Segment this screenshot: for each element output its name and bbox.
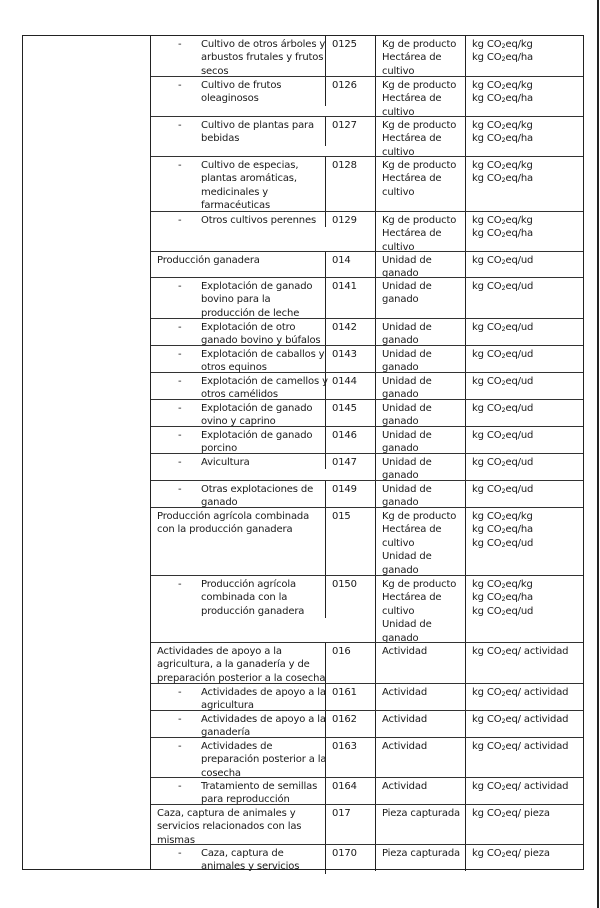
cell-line: Unidad de xyxy=(382,280,465,293)
cell-line: Producción agrícola combinada xyxy=(157,510,321,523)
cell-line: kg CO2eq/ actividad xyxy=(472,713,583,726)
factor-cell: kg CO2eq/ actividad xyxy=(466,643,583,683)
cell-line: Unidad de xyxy=(382,375,465,388)
code-cell: 017 xyxy=(326,805,376,844)
cell-line: Kg de producto xyxy=(382,119,465,132)
cell-line: Actividades de xyxy=(201,740,321,753)
table-row-0125: -Cultivo de otros árboles yarbustos frut… xyxy=(151,36,583,76)
cell-line: kg CO2eq/ actividad xyxy=(472,780,583,793)
dash-bullet-icon: - xyxy=(178,847,181,860)
cell-line: animales y servicios xyxy=(201,860,321,873)
unit-cell: Actividad xyxy=(376,738,466,777)
activity-name-cell: -Avicultura xyxy=(151,454,326,469)
table-row-0163: -Actividades depreparación posterior a l… xyxy=(151,737,583,777)
table-row-0150: -Producción agrícolacombinada con laprod… xyxy=(151,575,583,642)
cell-line: kg CO2eq/kg xyxy=(472,38,583,51)
dash-bullet-icon: - xyxy=(178,713,181,726)
table-row-0170: -Caza, captura deanimales y servicios 01… xyxy=(151,844,583,871)
cell-line: Unidad de xyxy=(382,618,465,631)
cell-line: kg CO2eq/kg xyxy=(472,214,583,227)
factor-cell: kg CO2eq/ud xyxy=(466,373,583,399)
factor-cell: kg CO2eq/ud xyxy=(466,427,583,453)
cell-line: Unidad de xyxy=(382,550,465,563)
cell-line: Cultivo de especias, xyxy=(201,159,321,172)
cell-line: kg CO2eq/ud xyxy=(472,280,583,293)
cell-line: kg CO2eq/ud xyxy=(472,605,583,618)
code-cell: 0125 xyxy=(326,36,376,76)
cell-line: Unidad de xyxy=(382,402,465,415)
cell-line: kg CO2eq/ud xyxy=(472,429,583,442)
cell-line: kg CO2eq/ud xyxy=(472,348,583,361)
cell-line: Actividades de apoyo a la xyxy=(201,713,321,726)
cell-line: Explotación de otro xyxy=(201,321,321,334)
cell-line: Pieza capturada xyxy=(382,807,465,820)
cell-line: Actividad xyxy=(382,780,465,793)
unit-cell: Unidad deganado xyxy=(376,454,466,480)
dash-bullet-icon: - xyxy=(178,402,181,415)
cell-line: Cultivo de otros árboles y xyxy=(201,38,321,51)
cell-line: ganado xyxy=(382,293,465,306)
factor-cell: kg CO2eq/ actividad xyxy=(466,711,583,737)
dash-bullet-icon: - xyxy=(178,119,181,132)
factor-cell: kg CO2eq/ud xyxy=(466,278,583,318)
factor-cell: kg CO2eq/kgkg CO2eq/ha xyxy=(466,212,583,251)
unit-cell: Kg de productoHectárea decultivoUnidad d… xyxy=(376,508,466,575)
cell-line: kg CO2eq/ha xyxy=(472,51,583,64)
factor-cell: kg CO2eq/ actividad xyxy=(466,738,583,777)
factor-cell: kg CO2eq/ud xyxy=(466,481,583,507)
code-cell: 016 xyxy=(326,643,376,683)
code-cell: 0163 xyxy=(326,738,376,777)
code-cell: 0126 xyxy=(326,77,376,116)
unit-cell: Kg de productoHectárea decultivo xyxy=(376,157,466,211)
activity-name-cell: -Cultivo de frutosoleaginosos xyxy=(151,77,326,106)
activity-name-cell: -Actividades depreparación posterior a l… xyxy=(151,738,326,780)
cell-line: Tratamiento de semillas xyxy=(201,780,321,793)
table-row-0162: -Actividades de apoyo a laganadería 0162… xyxy=(151,710,583,737)
dash-bullet-icon: - xyxy=(178,686,181,699)
table-row-0164: -Tratamiento de semillaspara reproducció… xyxy=(151,777,583,804)
activity-name-cell: -Cultivo de otros árboles yarbustos frut… xyxy=(151,36,326,78)
table-row-0161: -Actividades de apoyo a laagricultura 01… xyxy=(151,683,583,710)
cell-line: Unidad de xyxy=(382,348,465,361)
cell-line: Hectárea de xyxy=(382,227,465,240)
cell-line: kg CO2eq/ha xyxy=(472,172,583,185)
activity-name-cell: Caza, captura de animales yservicios rel… xyxy=(151,805,326,844)
code-cell: 014 xyxy=(326,252,376,277)
unit-cell: Unidad deganado xyxy=(376,278,466,318)
cell-line: kg CO2eq/ha xyxy=(472,92,583,105)
cell-line: Actividad xyxy=(382,713,465,726)
cell-line: Hectárea de xyxy=(382,523,465,536)
cell-line: Hectárea de xyxy=(382,172,465,185)
cell-line: medicinales y xyxy=(201,186,321,199)
cell-line: con la producción ganadera xyxy=(157,523,321,536)
table-row-0142: -Explotación de otroganado bovino y búfa… xyxy=(151,318,583,345)
dash-bullet-icon: - xyxy=(178,780,181,793)
cell-line: Avicultura xyxy=(201,456,321,469)
unit-cell: Unidad deganado xyxy=(376,373,466,399)
cell-line: cultivo xyxy=(382,186,465,199)
activity-name-cell: -Tratamiento de semillaspara reproducció… xyxy=(151,778,326,807)
factor-cell: kg CO2eq/ud xyxy=(466,319,583,345)
unit-cell: Actividad xyxy=(376,711,466,737)
cell-line: Caza, captura de animales y xyxy=(157,807,321,820)
activity-name-cell: -Explotación de ganadoporcino xyxy=(151,427,326,456)
activity-name-cell: -Caza, captura deanimales y servicios xyxy=(151,845,326,874)
activity-name-cell: Actividades de apoyo a laagricultura, a … xyxy=(151,643,326,683)
table-row-0126: -Cultivo de frutosoleaginosos 0126 Kg de… xyxy=(151,76,583,116)
unit-cell: Unidad deganado xyxy=(376,427,466,453)
code-cell: 0161 xyxy=(326,684,376,710)
unit-cell: Actividad xyxy=(376,643,466,683)
cell-line: Hectárea de xyxy=(382,51,465,64)
cell-line: Explotación de caballos y xyxy=(201,348,321,361)
factor-cell: kg CO2eq/kgkg CO2eq/hakg CO2eq/ud xyxy=(466,576,583,642)
activity-name-cell: -Explotación de ganadobovino para laprod… xyxy=(151,278,326,320)
cell-line: Unidad de xyxy=(382,254,465,267)
cell-line: Actividades de apoyo a la xyxy=(201,686,321,699)
cell-line: Hectárea de xyxy=(382,132,465,145)
unit-cell: Unidad deganado xyxy=(376,252,466,277)
code-cell: 0150 xyxy=(326,576,376,642)
cell-line: kg CO2eq/ actividad xyxy=(472,686,583,699)
cell-line: Explotación de camellos y xyxy=(201,375,321,388)
cell-line: kg CO2eq/ha xyxy=(472,523,583,536)
cell-line: servicios relacionados con las xyxy=(157,820,321,833)
cell-line: Actividad xyxy=(382,645,465,658)
cell-line: agricultura, a la ganadería y de xyxy=(157,658,321,671)
table-row-0146: -Explotación de ganadoporcino 0146 Unida… xyxy=(151,426,583,453)
code-cell: 0162 xyxy=(326,711,376,737)
table-row-0128: -Cultivo de especias,plantas aromáticas,… xyxy=(151,156,583,211)
cell-line: Unidad de xyxy=(382,321,465,334)
cell-line: cultivo xyxy=(382,537,465,550)
dash-bullet-icon: - xyxy=(178,214,181,227)
table-row-0144: -Explotación de camellos yotros camélido… xyxy=(151,372,583,399)
cell-line: combinada con la xyxy=(201,591,321,604)
dash-bullet-icon: - xyxy=(178,280,181,293)
cell-line: kg CO2eq/ud xyxy=(472,537,583,550)
activity-name-cell: -Explotación de camellos yotros camélido… xyxy=(151,373,326,402)
cell-line: kg CO2eq/ actividad xyxy=(472,740,583,753)
activity-name-cell: Producción ganadera xyxy=(151,252,326,277)
cell-line: Cultivo de plantas para xyxy=(201,119,321,132)
cell-line: Explotación de ganado xyxy=(201,429,321,442)
activity-name-cell: -Explotación de caballos yotros equinos xyxy=(151,346,326,375)
activity-name-cell: -Otros cultivos perennes xyxy=(151,212,326,227)
dash-bullet-icon: - xyxy=(178,38,181,51)
section-column xyxy=(23,36,151,869)
cell-line: Otros cultivos perennes xyxy=(201,214,321,227)
unit-cell: Kg de productoHectárea decultivo xyxy=(376,36,466,76)
factor-cell: kg CO2eq/kgkg CO2eq/ha xyxy=(466,36,583,76)
unit-cell: Kg de productoHectárea decultivo xyxy=(376,77,466,116)
cell-line: Producción ganadera xyxy=(157,254,321,267)
cell-line: bebidas xyxy=(201,132,321,145)
cell-line: kg CO2eq/kg xyxy=(472,159,583,172)
factor-cell: kg CO2eq/ud xyxy=(466,400,583,426)
table-row-017: Caza, captura de animales yservicios rel… xyxy=(151,804,583,844)
table-row-0143: -Explotación de caballos yotros equinos … xyxy=(151,345,583,372)
factor-cell: kg CO2eq/ud xyxy=(466,454,583,480)
cell-line: kg CO2eq/ud xyxy=(472,456,583,469)
cell-line: plantas aromáticas, xyxy=(201,172,321,185)
cell-line: kg CO2eq/ha xyxy=(472,591,583,604)
dash-bullet-icon: - xyxy=(178,483,181,496)
dash-bullet-icon: - xyxy=(178,375,181,388)
activity-name-cell: -Producción agrícolacombinada con laprod… xyxy=(151,576,326,618)
page-edge xyxy=(597,0,599,908)
cell-line: kg CO2eq/ pieza xyxy=(472,847,583,860)
code-cell: 0141 xyxy=(326,278,376,318)
cell-line: Hectárea de xyxy=(382,92,465,105)
activity-name-cell: -Actividades de apoyo a laganadería xyxy=(151,711,326,740)
cell-line: kg CO2eq/ud xyxy=(472,483,583,496)
cell-line: Kg de producto xyxy=(382,214,465,227)
cell-line: Hectárea de xyxy=(382,591,465,604)
dash-bullet-icon: - xyxy=(178,79,181,92)
cell-line: kg CO2eq/ actividad xyxy=(472,645,583,658)
unit-cell: Pieza capturada xyxy=(376,805,466,844)
unit-cell: Actividad xyxy=(376,684,466,710)
cell-line: preparación posterior a la xyxy=(201,753,321,766)
cell-line: kg CO2eq/kg xyxy=(472,578,583,591)
activity-name-cell: -Cultivo de especias,plantas aromáticas,… xyxy=(151,157,326,213)
factor-cell: kg CO2eq/ pieza xyxy=(466,845,583,871)
activity-name-cell: -Otras explotaciones deganado xyxy=(151,481,326,510)
cell-line: kg CO2eq/ha xyxy=(472,132,583,145)
cell-line: producción ganadera xyxy=(201,605,321,618)
unit-cell: Actividad xyxy=(376,778,466,804)
code-cell: 0142 xyxy=(326,319,376,345)
table-row-0129: -Otros cultivos perennes 0129 Kg de prod… xyxy=(151,211,583,251)
table-row-014: Producción ganadera 014 Unidad deganado … xyxy=(151,251,583,277)
cell-line: Actividad xyxy=(382,740,465,753)
cell-line: Kg de producto xyxy=(382,510,465,523)
cell-line: kg CO2eq/ud xyxy=(472,321,583,334)
cell-line: arbustos frutales y frutos xyxy=(201,51,321,64)
cell-line: Actividad xyxy=(382,686,465,699)
cell-line: Unidad de xyxy=(382,483,465,496)
activity-name-cell: -Explotación de ganadoovino y caprino xyxy=(151,400,326,429)
cell-line: Kg de producto xyxy=(382,38,465,51)
cell-line: Otras explotaciones de xyxy=(201,483,321,496)
unit-cell: Unidad deganado xyxy=(376,481,466,507)
cell-line: kg CO2eq/ud xyxy=(472,402,583,415)
cell-line: Kg de producto xyxy=(382,159,465,172)
table-row-0149: -Otras explotaciones deganado 0149 Unida… xyxy=(151,480,583,507)
cell-line: bovino para la xyxy=(201,293,321,306)
unit-cell: Kg de productoHectárea decultivo xyxy=(376,212,466,251)
activity-name-cell: -Actividades de apoyo a laagricultura xyxy=(151,684,326,713)
cell-line: Explotación de ganado xyxy=(201,280,321,293)
code-cell: 0170 xyxy=(326,845,376,871)
table-row-0145: -Explotación de ganadoovino y caprino 01… xyxy=(151,399,583,426)
table-row-015: Producción agrícola combinadacon la prod… xyxy=(151,507,583,575)
cell-line: kg CO2eq/ pieza xyxy=(472,807,583,820)
factor-cell: kg CO2eq/kgkg CO2eq/hakg CO2eq/ud xyxy=(466,508,583,575)
factor-cell: kg CO2eq/kgkg CO2eq/ha xyxy=(466,77,583,116)
dash-bullet-icon: - xyxy=(178,348,181,361)
activity-name-cell: -Explotación de otroganado bovino y búfa… xyxy=(151,319,326,348)
dash-bullet-icon: - xyxy=(178,429,181,442)
cell-line: kg CO2eq/kg xyxy=(472,119,583,132)
table-row-0147: -Avicultura 0147 Unidad deganado kg CO2e… xyxy=(151,453,583,480)
cell-line: Unidad de xyxy=(382,456,465,469)
dash-bullet-icon: - xyxy=(178,578,181,591)
dash-bullet-icon: - xyxy=(178,159,181,172)
emission-factors-table: -Cultivo de otros árboles yarbustos frut… xyxy=(22,35,584,870)
cell-line: Unidad de xyxy=(382,429,465,442)
table-row-0127: -Cultivo de plantas parabebidas 0127 Kg … xyxy=(151,116,583,156)
dash-bullet-icon: - xyxy=(178,456,181,469)
cell-line: kg CO2eq/ud xyxy=(472,375,583,388)
unit-cell: Unidad deganado xyxy=(376,400,466,426)
unit-cell: Kg de productoHectárea decultivoUnidad d… xyxy=(376,576,466,642)
cell-line: kg CO2eq/ha xyxy=(472,227,583,240)
code-cell: 0146 xyxy=(326,427,376,453)
cell-line: Actividades de apoyo a la xyxy=(157,645,321,658)
cell-line: kg CO2eq/kg xyxy=(472,510,583,523)
code-cell: 0128 xyxy=(326,157,376,211)
factor-cell: kg CO2eq/kgkg CO2eq/ha xyxy=(466,117,583,156)
code-cell: 0127 xyxy=(326,117,376,156)
factor-cell: kg CO2eq/ actividad xyxy=(466,778,583,804)
factor-cell: kg CO2eq/kgkg CO2eq/ha xyxy=(466,157,583,211)
cell-line: Kg de producto xyxy=(382,79,465,92)
table-row-016: Actividades de apoyo a laagricultura, a … xyxy=(151,642,583,683)
code-cell: 0147 xyxy=(326,454,376,480)
cell-line: Kg de producto xyxy=(382,578,465,591)
cell-line: Caza, captura de xyxy=(201,847,321,860)
code-cell: 0149 xyxy=(326,481,376,507)
cell-line: kg CO2eq/ud xyxy=(472,254,583,267)
code-cell: 015 xyxy=(326,508,376,575)
code-cell: 0129 xyxy=(326,212,376,251)
code-cell: 0143 xyxy=(326,346,376,372)
factor-cell: kg CO2eq/ actividad xyxy=(466,684,583,710)
cell-line: Producción agrícola xyxy=(201,578,321,591)
cell-line: kg CO2eq/kg xyxy=(472,79,583,92)
cell-line: Explotación de ganado xyxy=(201,402,321,415)
dash-bullet-icon: - xyxy=(178,321,181,334)
cell-line: oleaginosos xyxy=(201,92,321,105)
code-cell: 0145 xyxy=(326,400,376,426)
code-cell: 0164 xyxy=(326,778,376,804)
factor-cell: kg CO2eq/ud xyxy=(466,346,583,372)
activity-name-cell: Producción agrícola combinadacon la prod… xyxy=(151,508,326,575)
factor-cell: kg CO2eq/ud xyxy=(466,252,583,277)
unit-cell: Unidad deganado xyxy=(376,346,466,372)
code-cell: 0144 xyxy=(326,373,376,399)
unit-cell: Kg de productoHectárea decultivo xyxy=(376,117,466,156)
unit-cell: Unidad deganado xyxy=(376,319,466,345)
unit-cell: Pieza capturada xyxy=(376,845,466,871)
cell-line: cultivo xyxy=(382,605,465,618)
table-row-0141: -Explotación de ganadobovino para laprod… xyxy=(151,277,583,318)
cell-line: Pieza capturada xyxy=(382,847,465,860)
dash-bullet-icon: - xyxy=(178,740,181,753)
activity-name-cell: -Cultivo de plantas parabebidas xyxy=(151,117,326,146)
factor-cell: kg CO2eq/ pieza xyxy=(466,805,583,844)
cell-line: Cultivo de frutos xyxy=(201,79,321,92)
